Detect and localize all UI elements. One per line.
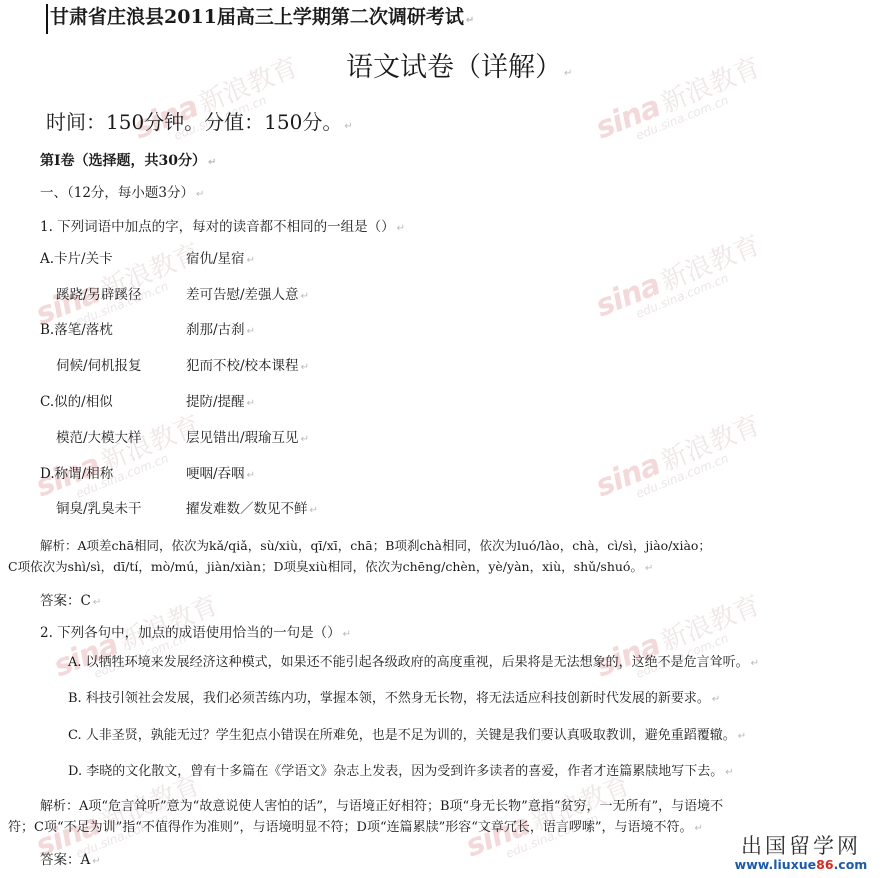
paragraph-mark-icon: ↵ bbox=[751, 658, 759, 669]
q2-option-a: A. 以牺牲环境来发展经济这种模式，如果还不能引起各级政府的高度重视，后果将是无… bbox=[68, 654, 759, 673]
section-title: 第Ⅰ卷（选择题，共30分）↵ bbox=[40, 152, 216, 172]
q1-analysis-line-2: C项依次为shì/sì，dī/tí，mò/mú，jiàn/xiàn；D项臭xiù… bbox=[8, 558, 653, 578]
q1-option-b-row1: B.落笔/落枕 刹那/古刹↵ bbox=[40, 321, 440, 339]
paragraph-mark-icon: ↵ bbox=[712, 694, 720, 705]
paragraph-mark-icon: ↵ bbox=[466, 15, 474, 26]
q2-analysis-line-1: 解析：A项“危言耸听”意为“故意说使人害怕的话”，与语境正好相符；B项“身无长物… bbox=[40, 798, 723, 816]
q1-option-a-row2: 蹊跷/另辟蹊径 差可告慰/差强人意↵ bbox=[56, 286, 456, 304]
paragraph-mark-icon: ↵ bbox=[92, 856, 100, 867]
paragraph-mark-icon: ↵ bbox=[564, 68, 572, 79]
paragraph-mark-icon: ↵ bbox=[247, 470, 255, 481]
paragraph-mark-icon: ↵ bbox=[247, 255, 255, 266]
paragraph-mark-icon: ↵ bbox=[301, 362, 309, 373]
question-2-stem: 2. 下列各句中，加点的成语使用恰当的一句是（）↵ bbox=[40, 624, 351, 644]
q2-answer: 答案：A↵ bbox=[40, 851, 101, 871]
q1-option-b-row2: 伺候/伺机报复 犯而不校/校本课程↵ bbox=[56, 357, 456, 375]
q2-option-b: B. 科技引领社会发展，我们必须苦练内功，掌握本领，不然身无长物，将无法适应科技… bbox=[68, 690, 720, 709]
exam-title: 甘肃省庄浪县2011届高三上学期第二次调研考试↵ bbox=[46, 4, 474, 34]
logo-name: 出国留学网 bbox=[733, 834, 869, 858]
q2-analysis-line-2: 符；C项“不足为训”指“不值得作为准则”，与语境明显不符；D项“连篇累牍”形容“… bbox=[8, 819, 703, 838]
paragraph-mark-icon: ↵ bbox=[343, 629, 351, 640]
q1-option-c-row2: 模范/大模大样 层见错出/瑕瑜互见↵ bbox=[56, 429, 456, 447]
q2-option-c: C. 人非圣贤，孰能无过？学生犯点小错误在所难免，也是不足为训的，关键是我们要认… bbox=[68, 727, 746, 746]
logo-url: www.liuxue86.com bbox=[733, 858, 869, 872]
paragraph-mark-icon: ↵ bbox=[247, 398, 255, 409]
paragraph-mark-icon: ↵ bbox=[397, 223, 405, 234]
q1-option-a-row1: A.卡片/关卡 宿仇/星宿↵ bbox=[40, 250, 440, 268]
q1-option-c-row1: C.似的/相似 提防/提醒↵ bbox=[40, 393, 440, 411]
paragraph-mark-icon: ↵ bbox=[695, 823, 703, 834]
paragraph-mark-icon: ↵ bbox=[208, 157, 216, 168]
part-one-heading: 一、（12分，每小题3分）↵ bbox=[40, 184, 204, 204]
paragraph-mark-icon: ↵ bbox=[301, 291, 309, 302]
paragraph-mark-icon: ↵ bbox=[645, 563, 653, 574]
paragraph-mark-icon: ↵ bbox=[738, 731, 746, 742]
document-page: 甘肃省庄浪县2011届高三上学期第二次调研考试↵ 语文试卷（详解）↵ 时间：15… bbox=[0, 0, 887, 878]
subject-title: 语文试卷（详解）↵ bbox=[346, 50, 572, 92]
paragraph-mark-icon: ↵ bbox=[725, 767, 733, 778]
liuxue86-logo[interactable]: 出国留学网 www.liuxue86.com bbox=[733, 834, 869, 872]
paragraph-mark-icon: ↵ bbox=[301, 434, 309, 445]
paragraph-mark-icon: ↵ bbox=[310, 505, 318, 516]
paragraph-mark-icon: ↵ bbox=[247, 326, 255, 337]
time-info: 时间：150分钟。分值：150分。↵ bbox=[46, 109, 353, 140]
q2-option-d: D. 李晓的文化散文，曾有十多篇在《学语文》杂志上发表，因为受到许多读者的喜爱，… bbox=[68, 763, 734, 782]
q1-option-d-row1: D.称谓/相称 哽咽/吞咽↵ bbox=[40, 465, 440, 483]
paragraph-mark-icon: ↵ bbox=[93, 597, 101, 608]
paragraph-mark-icon: ↵ bbox=[344, 121, 352, 132]
q1-answer: 答案：C↵ bbox=[40, 592, 101, 612]
q1-option-d-row2: 铜臭/乳臭未干 擢发难数／数见不鲜↵ bbox=[56, 500, 456, 518]
question-1-stem: 1. 下列词语中加点的字，每对的读音都不相同的一组是（）↵ bbox=[40, 218, 405, 238]
q1-analysis-line-1: 解析：A项差chā相同，依次为kǎ/qiǎ，sù/xiù，qī/xī，chā；B… bbox=[40, 537, 711, 555]
paragraph-mark-icon: ↵ bbox=[196, 189, 204, 200]
